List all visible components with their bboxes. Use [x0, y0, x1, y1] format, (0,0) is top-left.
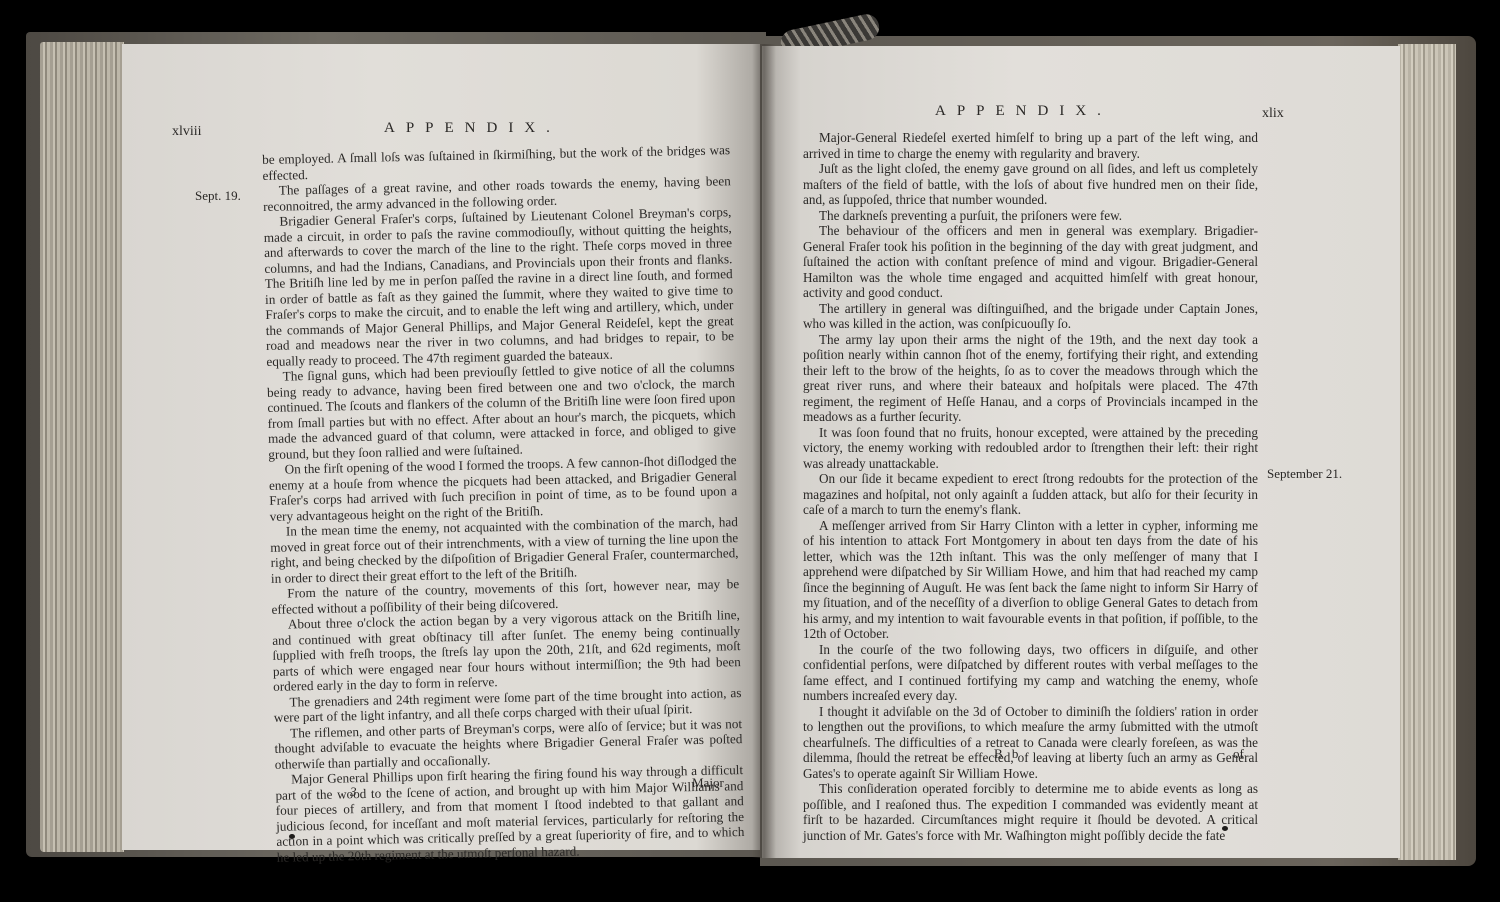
left-page-number: xlviii	[172, 124, 202, 140]
page-edges-left	[40, 42, 124, 852]
paragraph: In the mean time the enemy, not acquaint…	[270, 514, 739, 586]
paragraph: The artillery in general was diſtinguiſh…	[803, 301, 1258, 332]
paragraph: The behaviour of the officers and men in…	[803, 223, 1258, 301]
book-gutter	[752, 44, 776, 858]
right-catchword: of	[1233, 746, 1244, 762]
paragraph: The army lay upon their arms the night o…	[803, 332, 1258, 425]
right-page-body: Major-General Riedeſel exerted himſelf t…	[803, 130, 1258, 843]
paragraph: Major-General Riedeſel exerted himſelf t…	[803, 130, 1258, 161]
paragraph: In the courſe of the two following days,…	[803, 642, 1258, 704]
left-margin-date: Sept. 19.	[195, 188, 241, 204]
left-catchword: Major	[692, 775, 724, 791]
paragraph: About three o'clock the action began by …	[272, 607, 742, 694]
paragraph: The ſignal guns, which had been previouſ…	[267, 359, 737, 462]
left-signature-mark: 3	[350, 784, 360, 800]
right-running-head: APPENDIX.	[935, 103, 1112, 120]
page-edges-right	[1398, 44, 1456, 860]
right-signature-mark: B b	[994, 746, 1021, 762]
ink-speck	[289, 834, 295, 839]
paragraph: This conſideration operated forcibly to …	[803, 781, 1258, 843]
ink-speck	[1222, 826, 1228, 831]
paragraph: Brigadier General Fraſer's corps, ſuſtai…	[263, 204, 734, 369]
left-page-body: be employed. A ſmall loſs was ſuſtained …	[262, 142, 745, 865]
left-running-head: APPENDIX.	[384, 120, 561, 137]
right-margin-date: September 21.	[1267, 466, 1347, 482]
right-page-number: xlix	[1262, 106, 1284, 122]
paragraph: On our ſide it became expedient to erect…	[803, 471, 1258, 518]
paragraph: A meſſenger arrived from Sir Harry Clint…	[803, 518, 1258, 642]
paragraph: On the firſt opening of the wood I forme…	[268, 452, 737, 524]
paragraph: Major General Phillips upon firſt hearin…	[275, 762, 745, 865]
paragraph: It was ſoon found that no fruits, honour…	[803, 425, 1258, 472]
paragraph: Juſt as the light cloſed, the enemy gave…	[803, 161, 1258, 208]
paragraph: The darkneſs preventing a purſuit, the p…	[803, 208, 1258, 224]
paragraph: I thought it adviſable on the 3d of Octo…	[803, 704, 1258, 782]
